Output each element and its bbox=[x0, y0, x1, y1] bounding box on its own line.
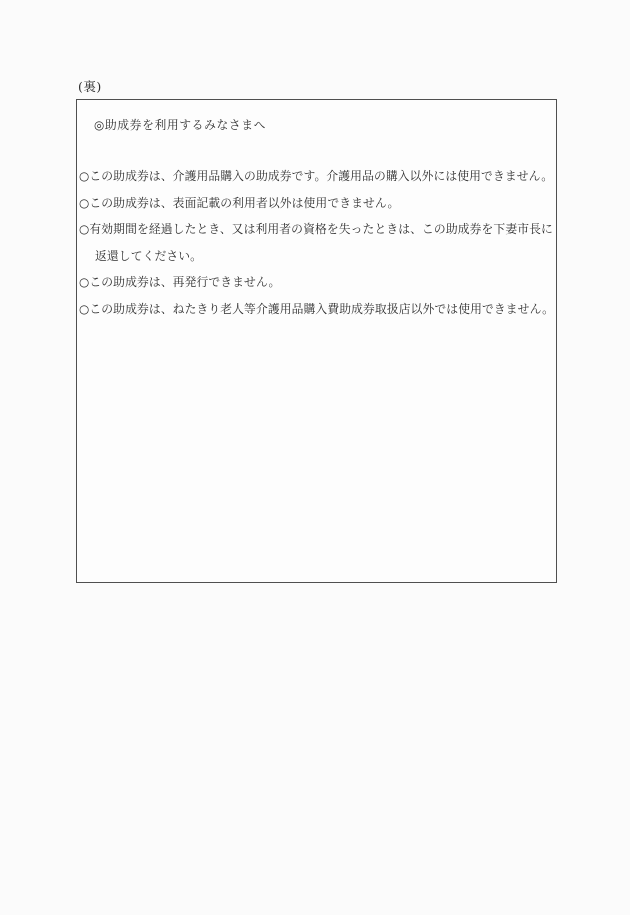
notice-item-3: ○有効期間を経過したとき、又は利用者の資格を失ったときは、この助成券を下妻市長に bbox=[79, 216, 556, 243]
notice-box: ◎助成券を利用するみなさまへ ○この助成券は、介護用品購入の助成券です。介護用品… bbox=[76, 99, 557, 583]
notice-item-3-continuation: 返還してください。 bbox=[79, 243, 556, 270]
back-side-label: (裏) bbox=[78, 81, 102, 94]
notice-item-1: ○この助成券は、介護用品購入の助成券です。介護用品の購入以外には使用できません。 bbox=[79, 163, 556, 190]
notice-item-5: ○この助成券は、ねたきり老人等介護用品購入費助成券取扱店以外では使用できません。 bbox=[79, 296, 556, 323]
notice-item-2: ○この助成券は、表面記載の利用者以外は使用できません。 bbox=[79, 190, 556, 217]
notice-list: ○この助成券は、介護用品購入の助成券です。介護用品の購入以外には使用できません。… bbox=[79, 163, 556, 323]
notice-heading: ◎助成券を利用するみなさまへ bbox=[94, 118, 266, 132]
notice-item-4: ○この助成券は、再発行できません。 bbox=[79, 269, 556, 296]
document-page: { "document": { "side_label": "(裏)", "bo… bbox=[0, 0, 630, 915]
